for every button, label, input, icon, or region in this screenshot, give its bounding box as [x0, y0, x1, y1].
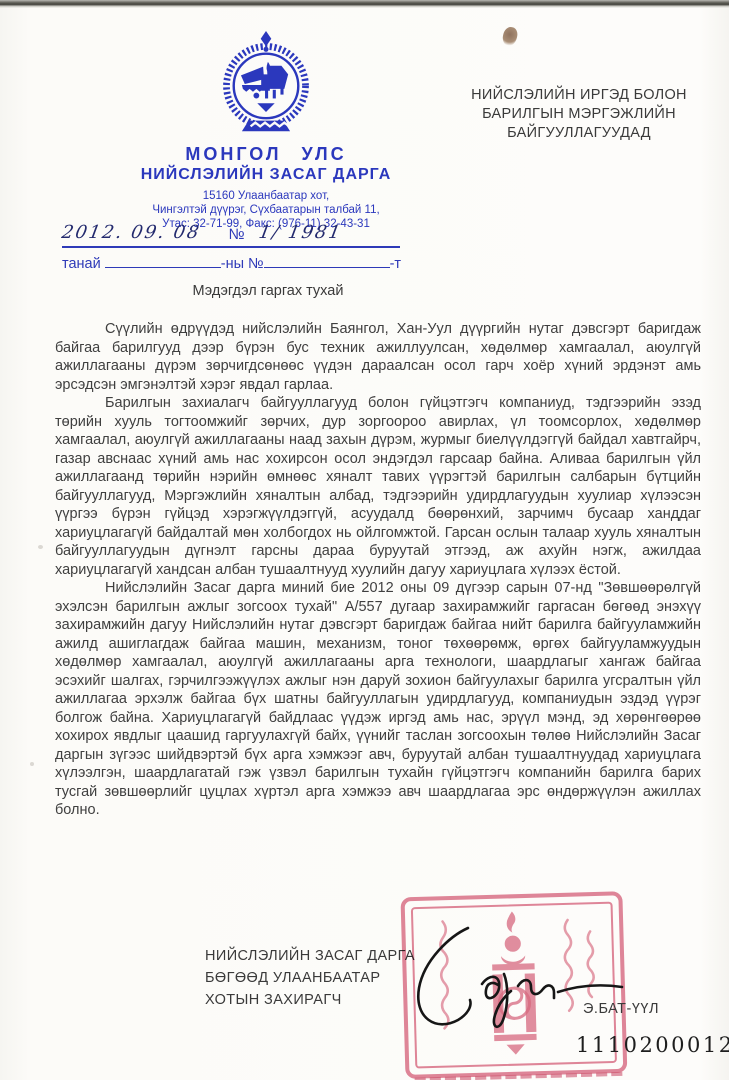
signature-title-line-2: БӨГӨӨД УЛААНБААТАР — [205, 967, 415, 989]
signature-title-line-1: НИЙСЛЭЛИЙН ЗАСАГ ДАРГА — [205, 945, 415, 967]
address-line-2: Чингэлтэй дүүрэг, Сүхбаатарын талбай 11, — [40, 203, 492, 217]
recipient-line-3: БАЙГУУЛЛАГУУДАД — [446, 124, 712, 143]
country-name: МОНГОЛ УЛС — [40, 144, 492, 165]
signer-name: Э.БАТ-ҮҮЛ — [583, 1001, 659, 1017]
addressee-blank-2 — [264, 253, 390, 268]
addressee-mid-label: -ны № — [221, 256, 264, 272]
addressee-end-label: -т — [390, 256, 401, 272]
handwritten-date: 2012. 09. 08 — [60, 222, 202, 243]
signature-title-block: НИЙСЛЭЛИЙН ЗАСАГ ДАРГА БӨГӨӨД УЛААНБААТА… — [205, 945, 415, 1011]
paragraph-2: Барилгын захиалагч байгууллагууд болон г… — [55, 394, 701, 579]
date-number-line: 2012. 09. 08 № 1/ 1981 — [62, 222, 400, 248]
subject-line: Мэдэгдэл гаргах тухай — [118, 283, 418, 299]
paragraph-3: Нийслэлийн Засаг дарга миний бие 2012 он… — [55, 579, 701, 820]
handwritten-doc-number: 1/ 1981 — [257, 222, 344, 243]
recipient-line-2: БАРИЛГЫН МЭРГЭЖЛИЙН — [446, 105, 712, 124]
paper-speck — [30, 762, 34, 766]
paper-speck — [38, 545, 43, 549]
mongolia-state-emblem-icon — [213, 28, 319, 140]
recipient-line-1: НИЙСЛЭЛИЙН ИРГЭД БОЛОН — [446, 86, 712, 105]
addressee-reference-line: танай -ны №-т — [62, 253, 412, 272]
signature-title-line-3: ХОТЫН ЗАХИРАГЧ — [205, 989, 415, 1011]
handwritten-signature-icon — [406, 922, 626, 1047]
paragraph-1: Сүүлийн өдрүүдэд нийслэлийн Баянгол, Хан… — [55, 320, 701, 394]
numero-sign: № — [229, 226, 245, 243]
recipient-block: НИЙСЛЭЛИЙН ИРГЭД БОЛОН БАРИЛГЫН МЭРГЭЖЛИ… — [446, 86, 712, 143]
registration-number: 111020001293 — [576, 1033, 729, 1057]
paper-stain — [501, 26, 519, 47]
address-line-1: 15160 Улаанбаатар хот, — [40, 189, 492, 203]
body-text: Сүүлийн өдрүүдэд нийслэлийн Баянгол, Хан… — [55, 320, 701, 820]
scanner-edge-artifact — [0, 0, 729, 8]
addressee-label: танай — [62, 256, 101, 272]
office-name: НИЙСЛЭЛИЙН ЗАСАГ ДАРГА — [40, 166, 492, 184]
letterhead: МОНГОЛ УЛС НИЙСЛЭЛИЙН ЗАСАГ ДАРГА 15160 … — [40, 28, 492, 231]
scanned-official-letter: МОНГОЛ УЛС НИЙСЛЭЛИЙН ЗАСАГ ДАРГА 15160 … — [0, 0, 729, 1080]
addressee-blank-1 — [105, 253, 221, 268]
